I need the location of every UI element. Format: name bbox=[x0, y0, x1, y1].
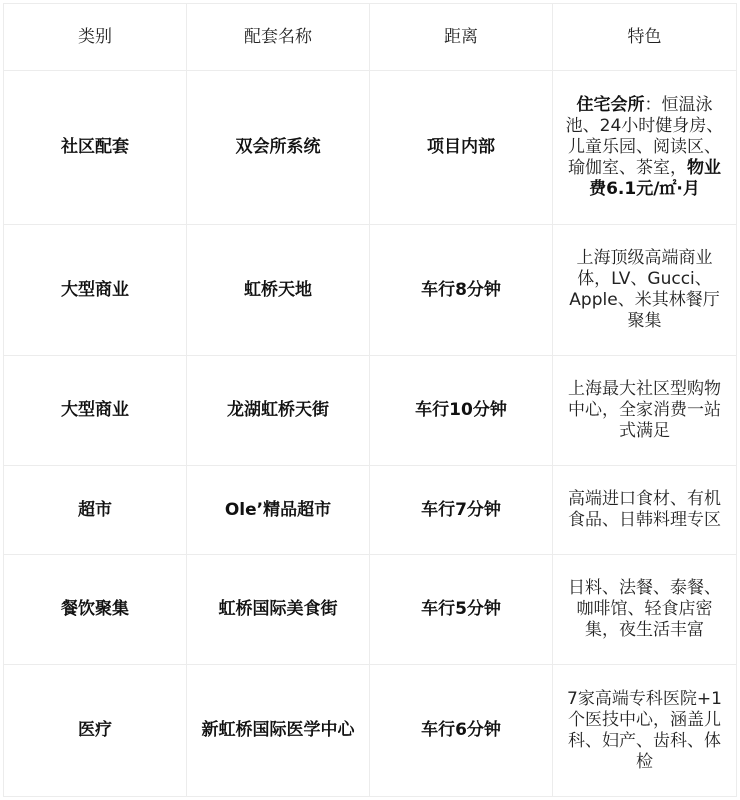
cell-distance: 项目内部 bbox=[370, 71, 553, 225]
table-row: 大型商业 虹桥天地 车行8分钟 上海顶级高端商业体，LV、Gucci、Apple… bbox=[4, 225, 737, 356]
table-row: 超市 Ole’精品超市 车行7分钟 高端进口食材、有机食品、日韩料理专区 bbox=[4, 466, 737, 555]
cell-distance: 车行10分钟 bbox=[370, 356, 553, 466]
cell-name: 新虹桥国际医学中心 bbox=[187, 665, 370, 797]
table-row: 大型商业 龙湖虹桥天街 车行10分钟 上海最大社区型购物中心，全家消费一站式满足 bbox=[4, 356, 737, 466]
cell-feature: 7家高端专科医院+1个医技中心，涵盖儿科、妇产、齿科、体检 bbox=[553, 665, 737, 797]
header-feature: 特色 bbox=[553, 4, 737, 71]
cell-category: 餐饮聚集 bbox=[4, 555, 187, 665]
header-name: 配套名称 bbox=[187, 4, 370, 71]
cell-name: 虹桥国际美食街 bbox=[187, 555, 370, 665]
table-row: 社区配套 双会所系统 项目内部 住宅会所：恒温泳池、24小时健身房、儿童乐园、阅… bbox=[4, 71, 737, 225]
cell-category: 大型商业 bbox=[4, 225, 187, 356]
cell-category: 大型商业 bbox=[4, 356, 187, 466]
cell-category: 社区配套 bbox=[4, 71, 187, 225]
cell-feature: 上海最大社区型购物中心，全家消费一站式满足 bbox=[553, 356, 737, 466]
cell-feature: 上海顶级高端商业体，LV、Gucci、Apple、米其林餐厅聚集 bbox=[553, 225, 737, 356]
table-header-row: 类别 配套名称 距离 特色 bbox=[4, 4, 737, 71]
cell-feature: 高端进口食材、有机食品、日韩料理专区 bbox=[553, 466, 737, 555]
table-row: 餐饮聚集 虹桥国际美食街 车行5分钟 日料、法餐、泰餐、咖啡馆、轻食店密集，夜生… bbox=[4, 555, 737, 665]
header-distance: 距离 bbox=[370, 4, 553, 71]
cell-name: Ole’精品超市 bbox=[187, 466, 370, 555]
amenities-table: 类别 配套名称 距离 特色 社区配套 双会所系统 项目内部 住宅会所：恒温泳池、… bbox=[3, 3, 737, 797]
cell-distance: 车行6分钟 bbox=[370, 665, 553, 797]
cell-feature: 住宅会所：恒温泳池、24小时健身房、儿童乐园、阅读区、瑜伽室、茶室，物业费6.1… bbox=[553, 71, 737, 225]
header-category: 类别 bbox=[4, 4, 187, 71]
cell-name: 虹桥天地 bbox=[187, 225, 370, 356]
feature-bold-prefix: 住宅会所 bbox=[577, 95, 645, 115]
table-row: 医疗 新虹桥国际医学中心 车行6分钟 7家高端专科医院+1个医技中心，涵盖儿科、… bbox=[4, 665, 737, 797]
cell-distance: 车行8分钟 bbox=[370, 225, 553, 356]
cell-distance: 车行7分钟 bbox=[370, 466, 553, 555]
cell-feature: 日料、法餐、泰餐、咖啡馆、轻食店密集，夜生活丰富 bbox=[553, 555, 737, 665]
cell-distance: 车行5分钟 bbox=[370, 555, 553, 665]
cell-category: 超市 bbox=[4, 466, 187, 555]
cell-category: 医疗 bbox=[4, 665, 187, 797]
cell-name: 双会所系统 bbox=[187, 71, 370, 225]
cell-name: 龙湖虹桥天街 bbox=[187, 356, 370, 466]
